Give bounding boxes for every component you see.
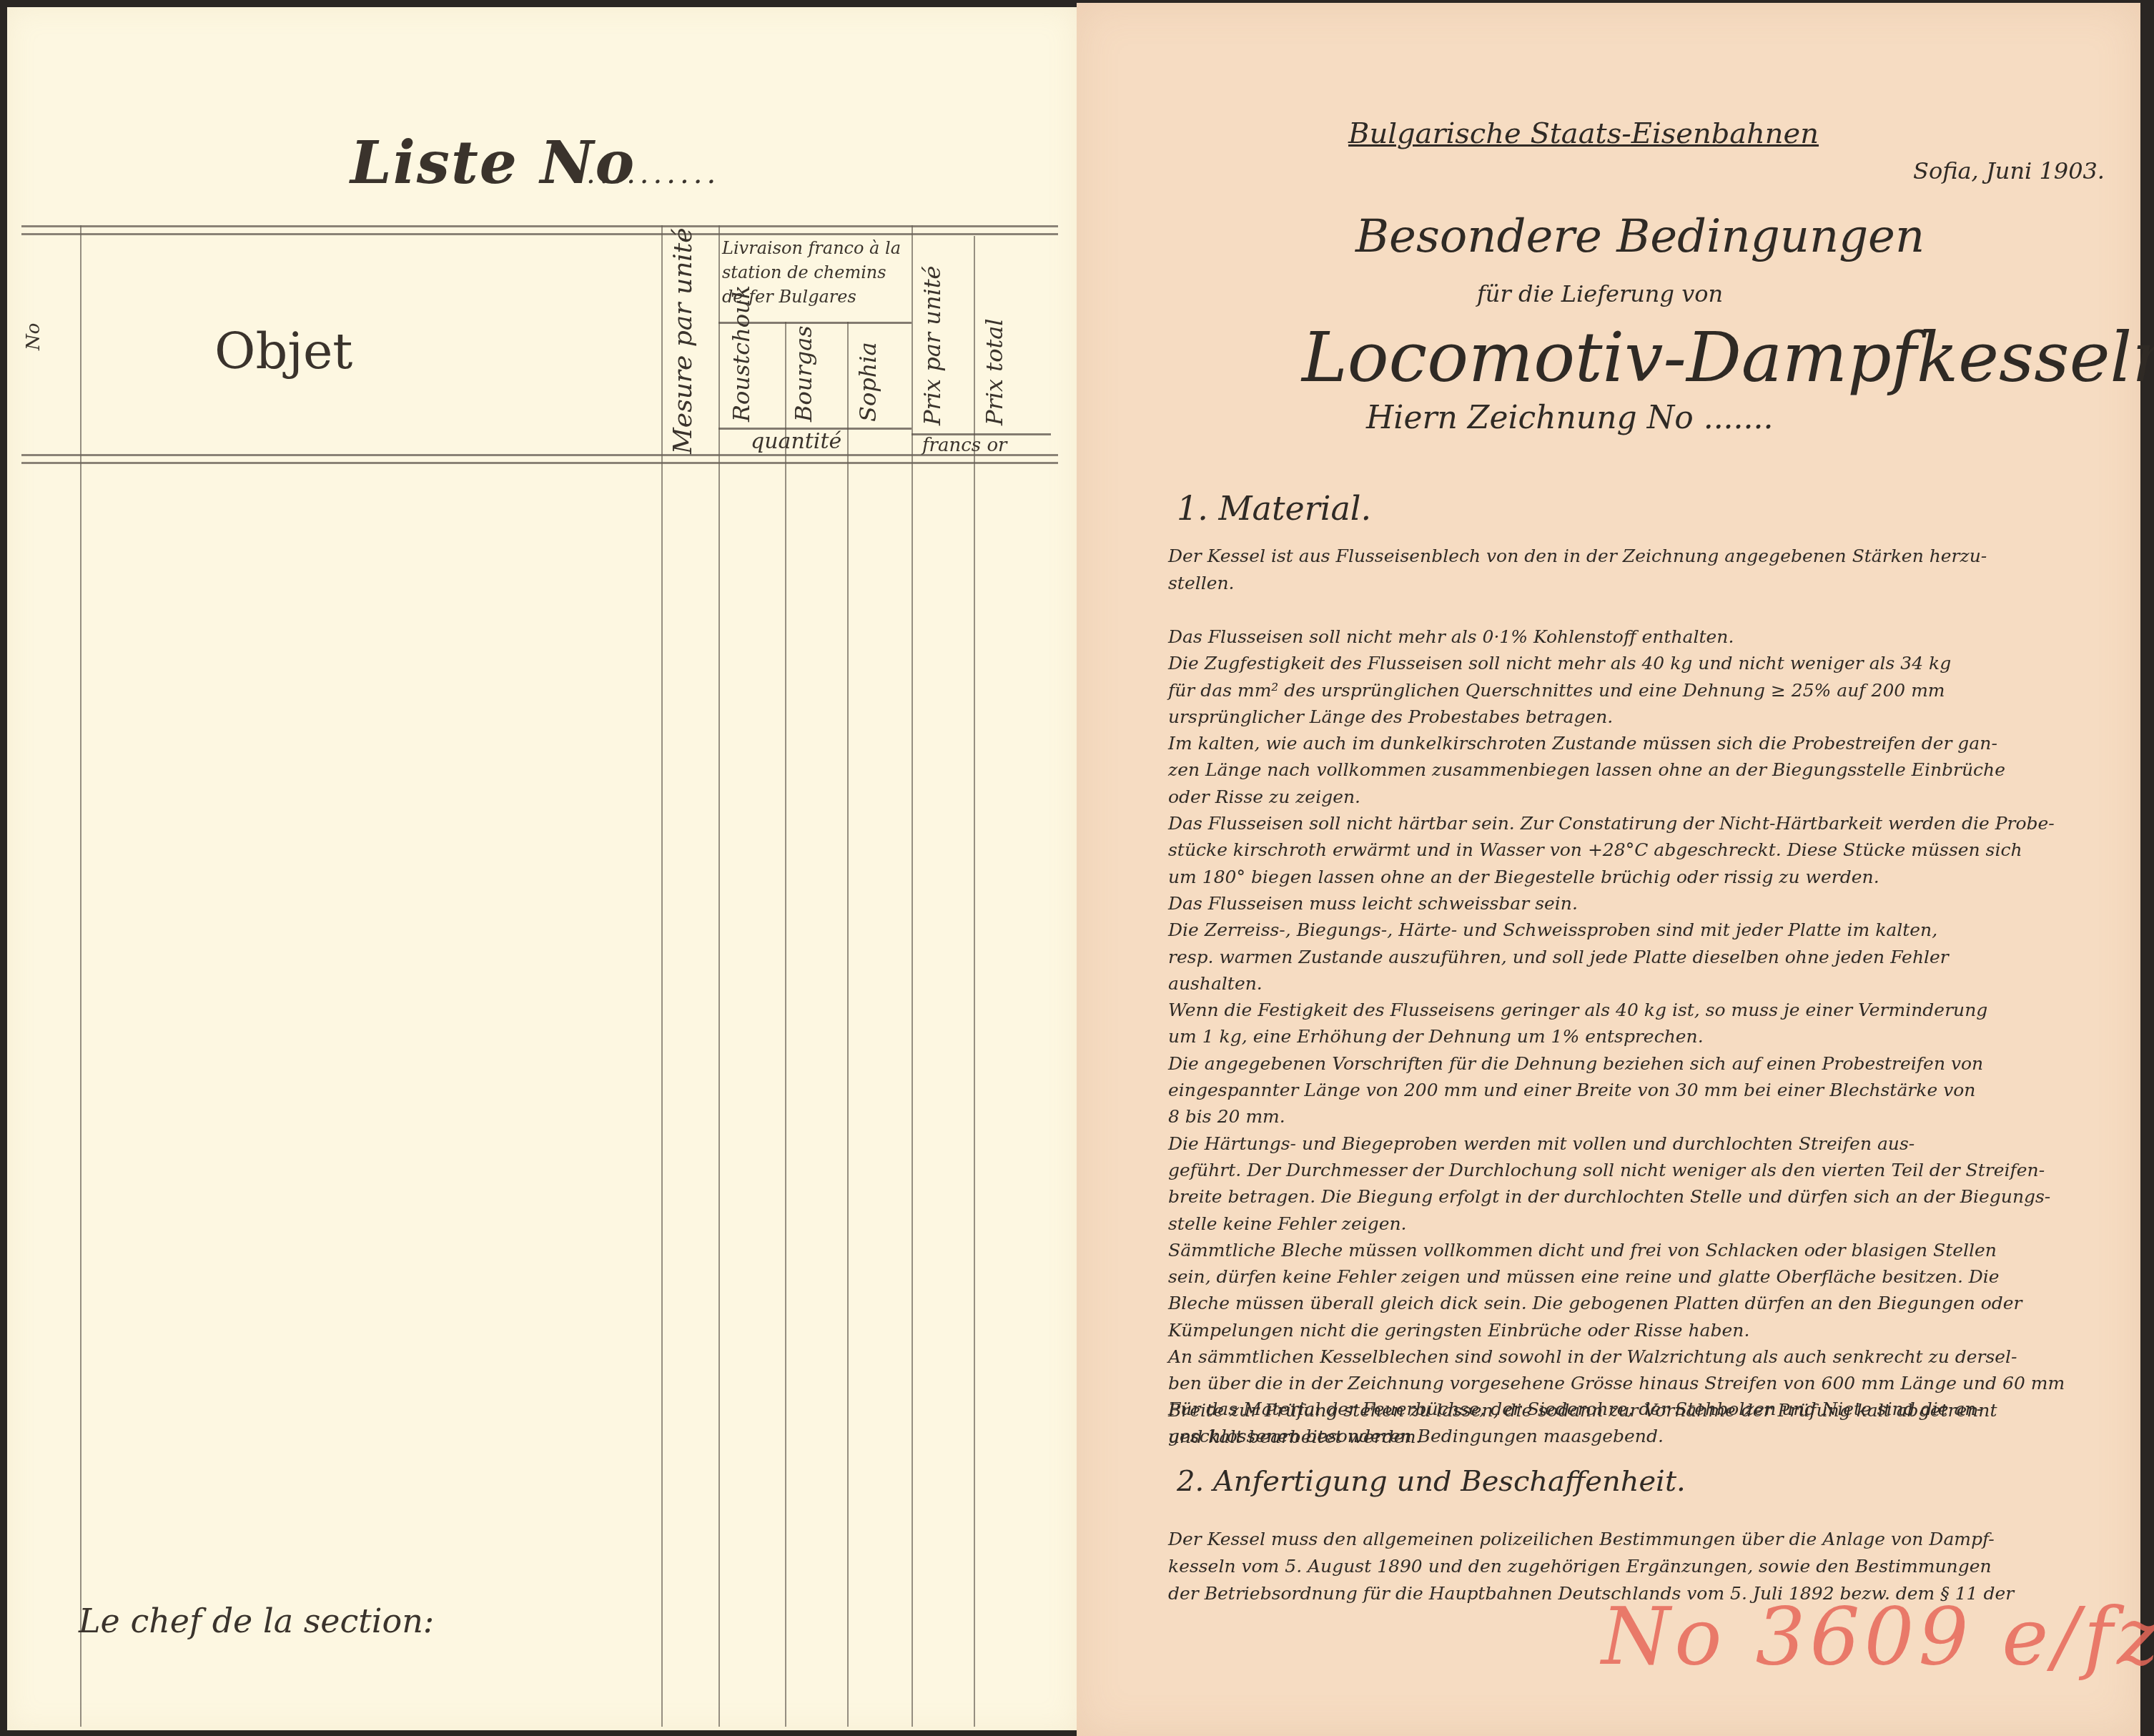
text-line: Der Kessel ist aus Flusseisenblech von d… [1168, 543, 2119, 570]
row-number-header: No [23, 323, 44, 350]
text-line: ursprünglicher Länge des Probestabes bet… [1168, 704, 2119, 730]
bourgas-header: Bourgas [790, 325, 817, 422]
section-heading-material: 1. Material. [1177, 489, 1371, 528]
table-top-rule [21, 225, 1058, 235]
text-line: oder Risse zu zeigen. [1168, 784, 2119, 810]
text-line: Die Zerreiss-, Biegungs-, Härte- und Sch… [1168, 917, 2119, 943]
red-registry-stamp: No 3609 e/fz [1601, 1591, 2154, 1682]
text-line: Kümpelungen nicht die geringsten Einbrüc… [1168, 1317, 2119, 1343]
text-line: kesseln vom 5. August 1890 und den zugeh… [1168, 1553, 2119, 1580]
col-divider-bourgas [847, 322, 849, 1727]
quantite-label: quantité [751, 429, 841, 454]
text-line: Das Flusseisen soll nicht mehr als 0·1% … [1168, 623, 2119, 650]
text-line: Wenn die Festigkeit des Flusseisens geri… [1168, 997, 2119, 1023]
text-line: Der Kessel muss den allgemeinen polizeil… [1168, 1526, 2119, 1553]
prix-unite-header: Prix par unité [919, 265, 946, 425]
col-divider-roustchouk [785, 322, 786, 1727]
roustchouk-header: Roustchouk [728, 285, 755, 422]
text-line: eingespannter Länge von 200 mm und einer… [1168, 1077, 2119, 1103]
text-line: 8 bis 20 mm. [1168, 1103, 2119, 1130]
text-line: Das Flusseisen muss leicht schweissbar s… [1168, 890, 2119, 917]
text-line: stelle keine Fehler zeigen. [1168, 1210, 2119, 1237]
material-requirements-paragraph: Das Flusseisen soll nicht mehr als 0·1% … [1168, 623, 2119, 1450]
text-line: Für das Material der Feuerbüchse, der Si… [1168, 1396, 2119, 1423]
text-line: Die Zugfestigkeit des Flusseisen soll ni… [1168, 650, 2119, 676]
document-subject: Locomotiv-Dampfkesseln. [1302, 317, 2154, 398]
text-line: An sämmtlichen Kesselblechen sind sowohl… [1168, 1343, 2119, 1370]
text-line: sein, dürfen keine Fehler zeigen und müs… [1168, 1263, 2119, 1290]
left-page-form: Liste No .......... No Objet Mesure par … [7, 7, 1077, 1730]
col-divider-mesure [718, 225, 720, 1727]
material-intro-paragraph: Der Kessel ist aus Flusseisenblech von d… [1168, 543, 2119, 597]
text-line: zen Länge nach vollkommen zusammenbiegen… [1168, 756, 2119, 783]
right-page-specification: Bulgarische Staats-Eisenbahnen Sofia, Ju… [1077, 3, 2140, 1736]
col-divider-objet [661, 225, 663, 1727]
text-line: ben über die in der Zeichnung vorgesehen… [1168, 1370, 2119, 1396]
prix-total-header: Prix total [981, 318, 1008, 425]
francs-or-label: francs or [922, 435, 1007, 456]
text-line: um 1 kg, eine Erhöhung der Dehnung um 1%… [1168, 1023, 2119, 1050]
mesure-header: Mesure par unité [668, 227, 698, 454]
text-line: resp. warmen Zustande auszuführen, und s… [1168, 944, 2119, 970]
section-chief-signature-label: Le chef de la section: [79, 1602, 434, 1640]
organization-header: Bulgarische Staats-Eisenbahnen [1348, 117, 1819, 150]
text-line: aushalten. [1168, 970, 2119, 997]
sophia-header: Sophia [854, 342, 881, 422]
col-divider-no [80, 225, 81, 1727]
firebox-materials-paragraph: Für das Material der Feuerbüchse, der Si… [1168, 1396, 2119, 1450]
text-line: geschlossenen besonderen Bedingungen maa… [1168, 1423, 2119, 1450]
document-subtitle: für die Lieferung von [1477, 280, 1723, 307]
text-line: Im kalten, wie auch im dunkelkirschroten… [1168, 730, 2119, 756]
list-number-blank: .......... [586, 157, 720, 190]
drawing-reference: Hiern Zeichnung No ....... [1366, 400, 1774, 436]
text-line: um 180° biegen lassen ohne an der Bieges… [1168, 864, 2119, 890]
col-divider-prix [974, 236, 975, 1727]
date-line: Sofia, Juni 1903. [1913, 157, 2105, 184]
text-line: Sämmtliche Bleche müssen vollkommen dich… [1168, 1237, 2119, 1263]
text-line: geführt. Der Durchmesser der Durchlochun… [1168, 1157, 2119, 1183]
text-line: für das mm² des ursprünglichen Querschni… [1168, 677, 2119, 704]
text-line: breite betragen. Die Biegung erfolgt in … [1168, 1183, 2119, 1210]
text-line: stücke kirschroth erwärmt und in Wasser … [1168, 837, 2119, 863]
table-header-rule [21, 454, 1058, 464]
text-line: Die angegebenen Vorschriften für die Deh… [1168, 1050, 2119, 1077]
text-line: stellen. [1168, 570, 2119, 597]
objet-header: Objet [214, 322, 352, 380]
text-line: Die Härtungs- und Biegeproben werden mit… [1168, 1130, 2119, 1157]
text-line: Bleche müssen überall gleich dick sein. … [1168, 1290, 2119, 1316]
section-heading-manufacture: 2. Anfertigung und Beschaffenheit. [1177, 1465, 1686, 1498]
document-title: Besondere Bedingungen [1355, 210, 1925, 263]
text-line: Das Flusseisen soll nicht härtbar sein. … [1168, 810, 2119, 837]
col-divider-livraison [912, 225, 913, 1727]
